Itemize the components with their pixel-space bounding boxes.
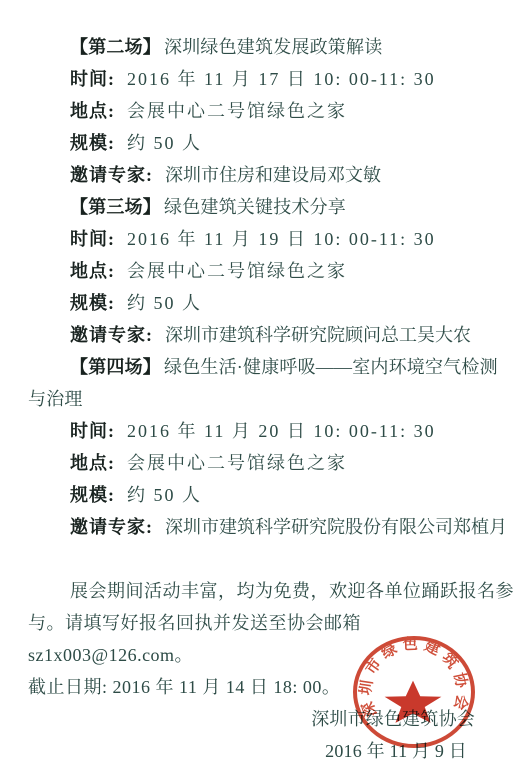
session-3-expert-line: 邀请专家:深圳市建筑科学研究院顾问总工吴大农 [28,319,508,351]
field-value-time: 2016 年 11 月 17 日 10: 00-11: 30 [127,69,436,89]
session-3-heading: 【第三场】绿色建筑关键技术分享 [28,191,508,223]
field-value-expert: 深圳市建筑科学研究院股份有限公司郑植月 [165,517,507,537]
field-value-scale: 约 50 人 [127,293,202,313]
notice-document-page: 【第二场】深圳绿色建筑发展政策解读 时间:2016 年 11 月 17 日 10… [0,0,525,784]
blank-line [28,543,508,575]
session-2-time-line: 时间:2016 年 11 月 17 日 10: 00-11: 30 [28,63,508,95]
field-label-location: 地点: [70,101,115,121]
field-label-scale: 规模: [70,133,115,153]
session-3-tag: 【第三场】 [70,197,161,217]
field-value-location: 会展中心二号馆绿色之家 [127,261,347,281]
field-value-expert: 深圳市住房和建设局邓文敏 [165,165,381,185]
field-value-expert: 深圳市建筑科学研究院顾问总工吴大农 [165,325,471,345]
session-3-scale-line: 规模:约 50 人 [28,287,508,319]
field-label-time: 时间: [70,229,115,249]
field-label-location: 地点: [70,453,115,473]
field-label-expert: 邀请专家: [70,517,153,537]
session-4-scale-line: 规模:约 50 人 [28,479,508,511]
closing-paragraph: 展会期间活动丰富，均为免费，欢迎各单位踊跃报名参 与。请填写好报名回执并发送至协… [28,575,520,703]
session-3-location-line: 地点:会展中心二号馆绿色之家 [28,255,508,287]
session-4-location-line: 地点:会展中心二号馆绿色之家 [28,447,508,479]
field-label-expert: 邀请专家: [70,325,153,345]
signature-block: 深圳市绿色建筑协会 2016 年 11 月 9 日 [28,703,508,767]
session-2-title: 深圳绿色建筑发展政策解读 [164,37,382,57]
session-2-expert-line: 邀请专家:深圳市住房和建设局邓文敏 [28,159,508,191]
session-3-time-line: 时间:2016 年 11 月 19 日 10: 00-11: 30 [28,223,508,255]
session-4-expert-line: 邀请专家:深圳市建筑科学研究院股份有限公司郑植月 [28,511,508,543]
session-2-heading: 【第二场】深圳绿色建筑发展政策解读 [28,31,508,63]
session-4-heading: 【第四场】绿色生活·健康呼吸——室内环境空气检测 与治理 [28,351,508,415]
field-value-time: 2016 年 11 月 19 日 10: 00-11: 30 [127,229,436,249]
session-2-location-line: 地点:会展中心二号馆绿色之家 [28,95,508,127]
field-value-scale: 约 50 人 [127,133,202,153]
signature-date: 2016 年 11 月 9 日 [28,735,508,767]
signature-organization: 深圳市绿色建筑协会 [28,703,508,735]
document-body: 【第二场】深圳绿色建筑发展政策解读 时间:2016 年 11 月 17 日 10… [0,0,525,767]
field-label-scale: 规模: [70,293,115,313]
session-4-time-line: 时间:2016 年 11 月 20 日 10: 00-11: 30 [28,415,508,447]
field-value-scale: 约 50 人 [127,485,202,505]
field-label-expert: 邀请专家: [70,165,153,185]
field-value-location: 会展中心二号馆绿色之家 [127,101,347,121]
field-label-time: 时间: [70,69,115,89]
session-2-tag: 【第二场】 [70,37,161,57]
field-value-location: 会展中心二号馆绿色之家 [127,453,347,473]
field-label-time: 时间: [70,421,115,441]
session-2-scale-line: 规模:约 50 人 [28,127,508,159]
session-4-tag: 【第四场】 [70,357,161,377]
field-label-location: 地点: [70,261,115,281]
session-3-title: 绿色建筑关键技术分享 [164,197,346,217]
field-label-scale: 规模: [70,485,115,505]
field-value-time: 2016 年 11 月 20 日 10: 00-11: 30 [127,421,436,441]
